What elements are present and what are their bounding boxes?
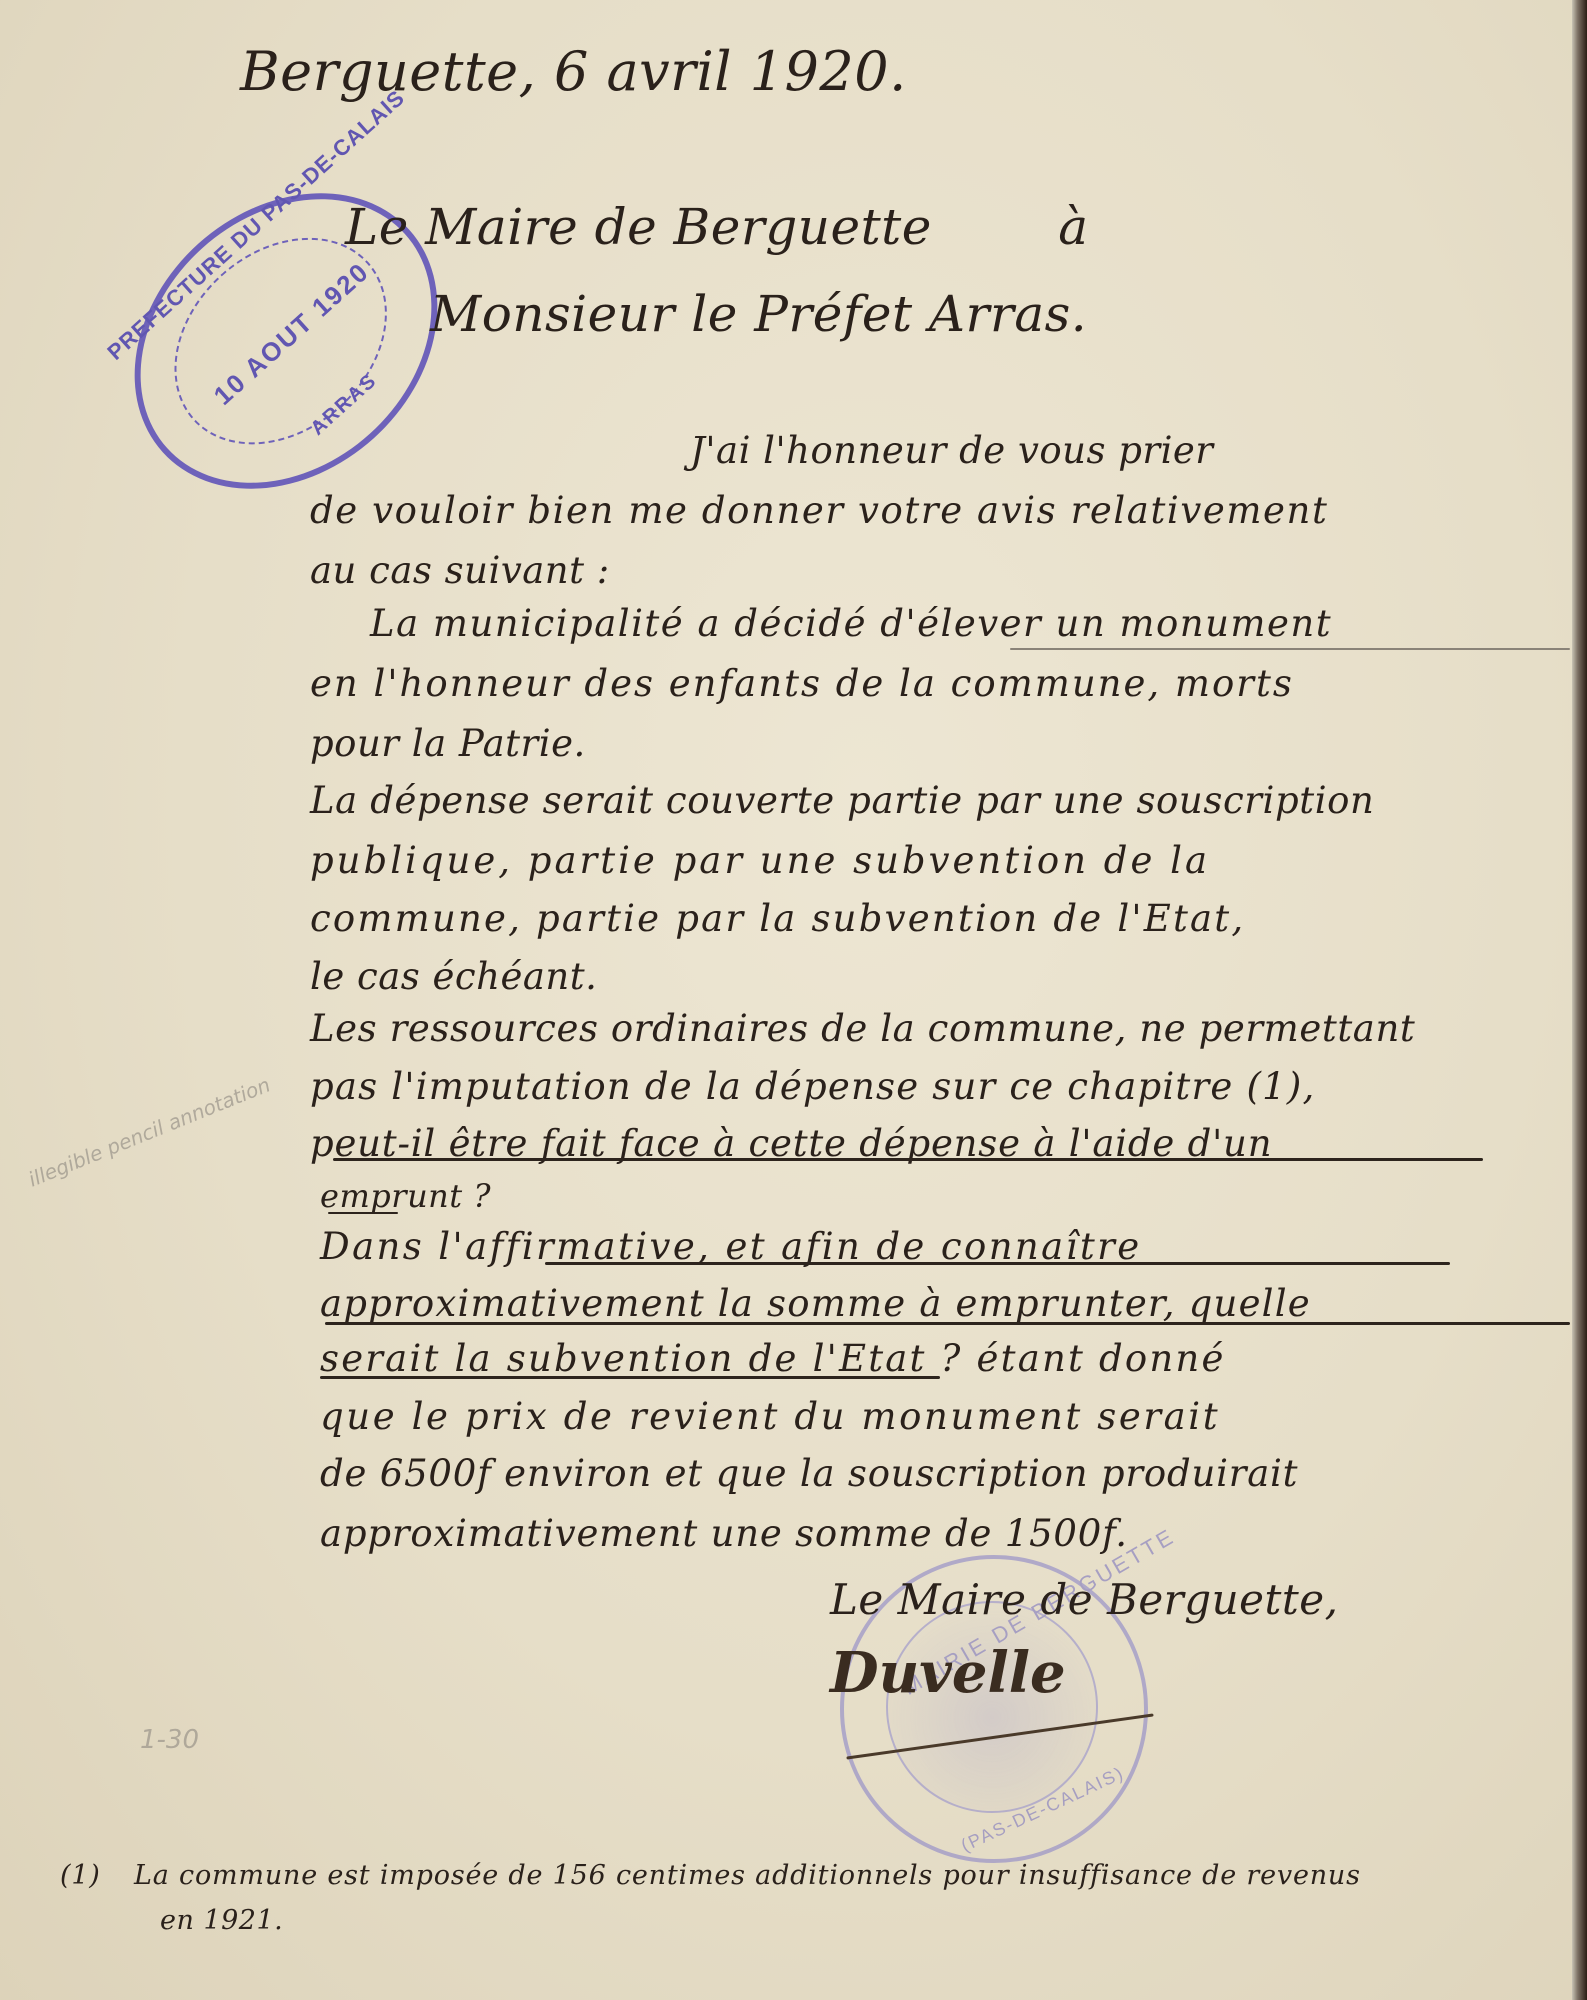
body-line-11: Les ressources ordinaires de la commune,…	[310, 1010, 1415, 1047]
underline-monument	[1010, 648, 1570, 650]
letter-page: Berguette, 6 avril 1920. PREFECTURE DU P…	[0, 0, 1572, 2000]
signature: Duvelle	[830, 1640, 1066, 1706]
underline-emprunt	[328, 1212, 398, 1214]
footnote-line-1: (1) La commune est imposée de 156 centim…	[60, 1860, 1361, 1891]
body-line-8: publique, partie par une subvention de l…	[310, 842, 1210, 879]
body-line-15: Dans l'affirmative, et afin de connaître	[320, 1228, 1142, 1265]
body-line-4: La municipalité a décidé d'élever un mon…	[370, 605, 1332, 642]
body-line-14: emprunt ?	[320, 1180, 491, 1212]
underline-approx	[325, 1322, 1570, 1325]
body-line-13: peut-il être fait face à cette dépense à…	[310, 1125, 1272, 1162]
body-line-20: approximativement une somme de 1500f.	[320, 1515, 1128, 1552]
body-line-7: La dépense serait couverte partie par un…	[310, 782, 1374, 819]
body-line-9: commune, partie par la subvention de l'E…	[310, 900, 1245, 937]
closing: Le Maire de Berguette,	[830, 1575, 1339, 1624]
body-line-12: pas l'imputation de la dépense sur ce ch…	[310, 1068, 1315, 1105]
recipient-line: Monsieur le Préfet Arras.	[430, 285, 1087, 343]
body-line-19: de 6500f environ et que la souscription …	[320, 1455, 1298, 1492]
underline-afin	[545, 1262, 1450, 1265]
body-line-17: serait la subvention de l'Etat ? étant d…	[320, 1340, 1226, 1377]
body-line-3: au cas suivant :	[310, 552, 610, 589]
body-line-6: pour la Patrie.	[310, 725, 586, 762]
sender: Le Maire de Berguette	[345, 198, 932, 256]
body-line-18: que le prix de revient du monument serai…	[320, 1398, 1220, 1435]
to-prefix: à	[1058, 198, 1088, 256]
body-line-5: en l'honneur des enfants de la commune, …	[310, 665, 1294, 702]
body-line-10: le cas échéant.	[310, 958, 597, 995]
body-line-2: de vouloir bien me donner votre avis rel…	[310, 492, 1328, 529]
underline-subvention	[320, 1376, 940, 1379]
sender-line: Le Maire de Berguette à	[345, 198, 1089, 256]
footnote-line-2: en 1921.	[160, 1905, 283, 1936]
pencil-number: 1-30	[140, 1725, 199, 1755]
pencil-margin-note: illegible pencil annotation	[25, 1072, 274, 1191]
footnote-marker: (1)	[60, 1860, 101, 1891]
footnote-text: La commune est imposée de 156 centimes a…	[134, 1860, 1361, 1891]
place-date: Berguette, 6 avril 1920.	[240, 40, 907, 103]
body-line-16: approximativement la somme à emprunter, …	[320, 1285, 1311, 1322]
body-line-1: J'ai l'honneur de vous prier	[690, 432, 1214, 469]
page-edge-shadow	[1572, 0, 1587, 2000]
underline-emprunt-question	[333, 1158, 1483, 1161]
